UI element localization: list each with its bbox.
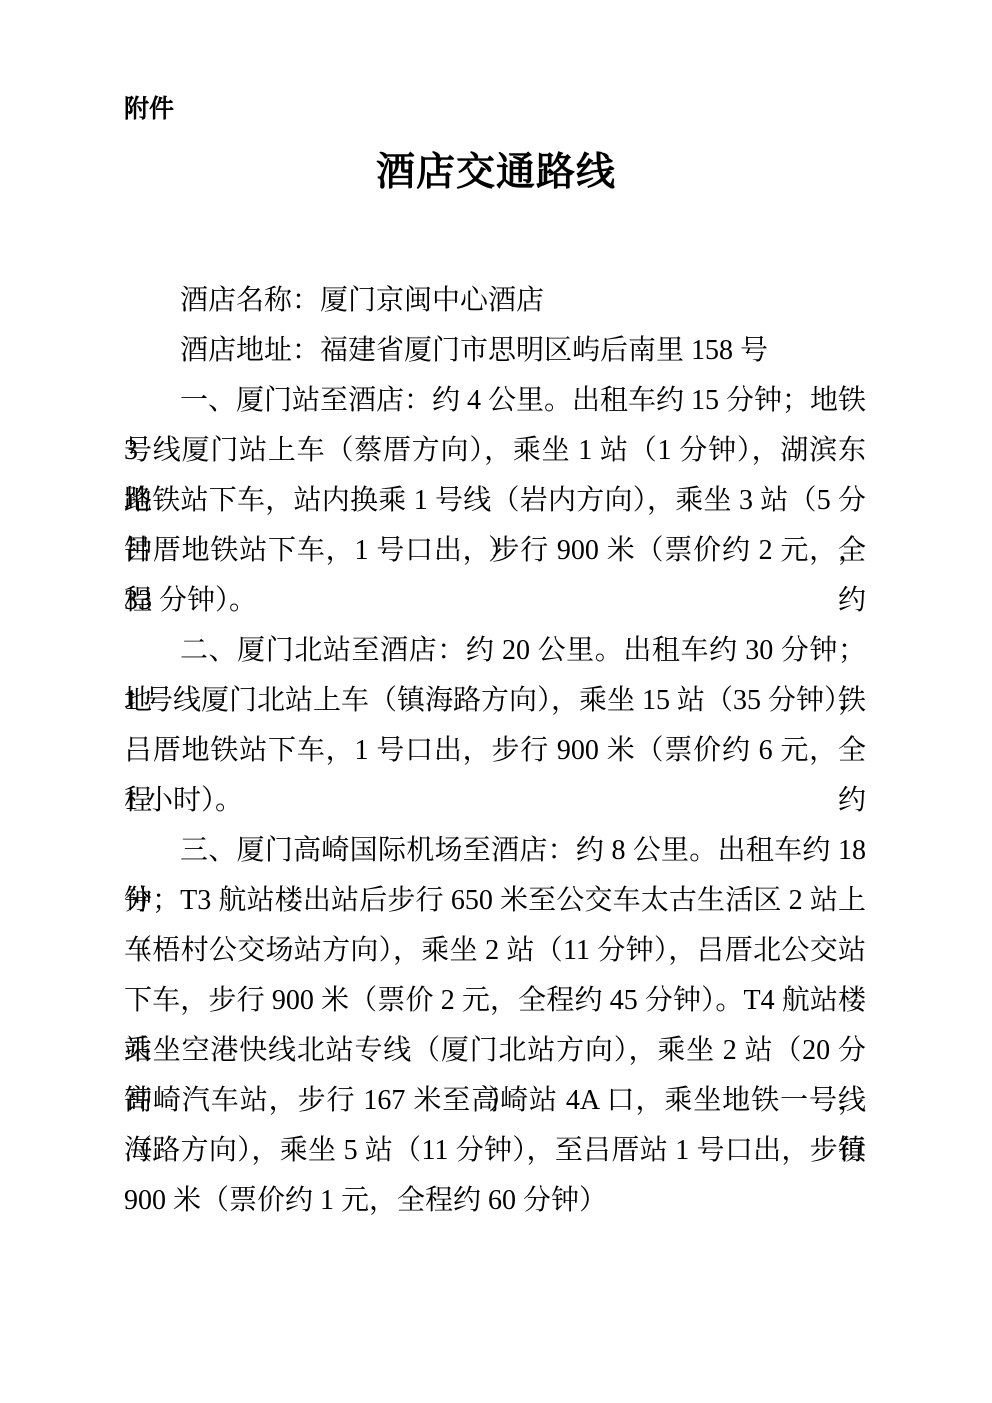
attachment-label: 附件 xyxy=(124,94,174,124)
text-line: 三、厦门高崎国际机场至酒店：约 8 公里。出租车约 18 分 xyxy=(124,826,866,876)
text-line: 吕厝地铁站下车，1 号口出，步行 900 米（票价约 2 元，全程约 xyxy=(124,526,866,576)
document-page: 附件 酒店交通路线 酒店名称：厦门京闽中心酒店 酒店地址：福建省厦门市思明区屿后… xyxy=(0,0,992,1403)
text-line: 下车，步行 900 米（票价 2 元，全程约 45 分钟）。T4 航站楼站 xyxy=(124,976,866,1026)
text-line: 钟；T3 航站楼出站后步行 650 米至公交车太古生活区 2 站上车 xyxy=(124,876,866,926)
text-line-hotel-address: 酒店地址：福建省厦门市思明区屿后南里 158 号 xyxy=(124,326,866,376)
text-line: （梧村公交场站方向），乘坐 2 站（11 分钟），吕厝北公交站 xyxy=(124,926,866,976)
text-line: 地铁站下车，站内换乘 1 号线（岩内方向），乘坐 3 站（5 分钟）， xyxy=(124,476,866,526)
document-body: 酒店名称：厦门京闽中心酒店 酒店地址：福建省厦门市思明区屿后南里 158 号 一… xyxy=(124,276,866,1226)
text-line: 一、厦门站至酒店：约 4 公里。出租车约 15 分钟；地铁 3 xyxy=(124,376,866,426)
text-line: 900 米（票价约 1 元，全程约 60 分钟） xyxy=(124,1176,866,1226)
text-line: 吕厝地铁站下车，1 号口出，步行 900 米（票价约 6 元，全程约 xyxy=(124,726,866,776)
text-line: 乘坐空港快线北站专线（厦门北站方向），乘坐 2 站（20 分钟）， xyxy=(124,1026,866,1076)
text-line-hotel-name: 酒店名称：厦门京闽中心酒店 xyxy=(124,276,866,326)
text-line: 二、厦门北站至酒店：约 20 公里。出租车约 30 分钟；地铁 xyxy=(124,626,866,676)
text-line: 1 号线厦门北站上车（镇海路方向），乘坐 15 站（35 分钟）， xyxy=(124,676,866,726)
text-line: 高崎汽车站，步行 167 米至高崎站 4A 口，乘坐地铁一号线（镇 xyxy=(124,1076,866,1126)
text-line: 海路方向），乘坐 5 站（11 分钟），至吕厝站 1 号口出，步行 xyxy=(124,1126,866,1176)
document-title: 酒店交通路线 xyxy=(0,149,992,197)
text-line: 号线厦门站上车（蔡厝方向），乘坐 1 站（1 分钟），湖滨东路 xyxy=(124,426,866,476)
